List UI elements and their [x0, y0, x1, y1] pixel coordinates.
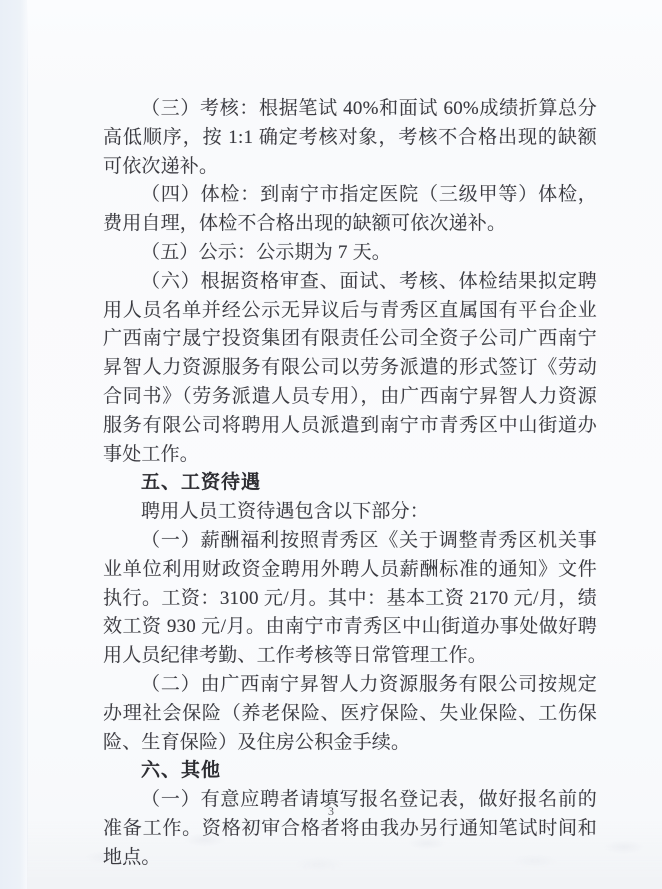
paragraph: （四）体检：到南宁市指定医院（三级甲等）体检，费用自理，体检不合格出现的缺额可依… [103, 181, 597, 239]
scan-edge-strip [0, 0, 28, 889]
scanned-document-page: （三）考核：根据笔试 40%和面试 60%成绩折算总分高低顺序，按 1:1 确定… [0, 0, 662, 889]
section-heading: 六、其他 [103, 757, 597, 786]
paragraph: （一）有意应聘者请填写报名登记表，做好报名前的准备工作。资格初审合格者将由我办另… [103, 786, 597, 872]
paragraph: （三）考核：根据笔试 40%和面试 60%成绩折算总分高低顺序，按 1:1 确定… [103, 95, 597, 181]
paragraph: （六）根据资格审查、面试、考核、体检结果拟定聘用人员名单并经公示无异议后与青秀区… [103, 268, 597, 470]
paragraph: （一）薪酬福利按照青秀区《关于调整青秀区机关事业单位利用财政资金聘用外聘人员薪酬… [103, 527, 597, 671]
page-number: 3 [0, 804, 662, 819]
paragraph: 聘用人员工资待遇包含以下部分： [103, 498, 597, 527]
document-body-text: （三）考核：根据笔试 40%和面试 60%成绩折算总分高低顺序，按 1:1 确定… [103, 95, 597, 873]
section-heading: 五、工资待遇 [103, 469, 597, 498]
paragraph: （五）公示：公示期为 7 天。 [103, 239, 597, 268]
scan-sheen [27, 0, 662, 90]
paragraph: （二）由广西南宁昇智人力资源服务有限公司按规定办理社会保险（养老保险、医疗保险、… [103, 671, 597, 757]
